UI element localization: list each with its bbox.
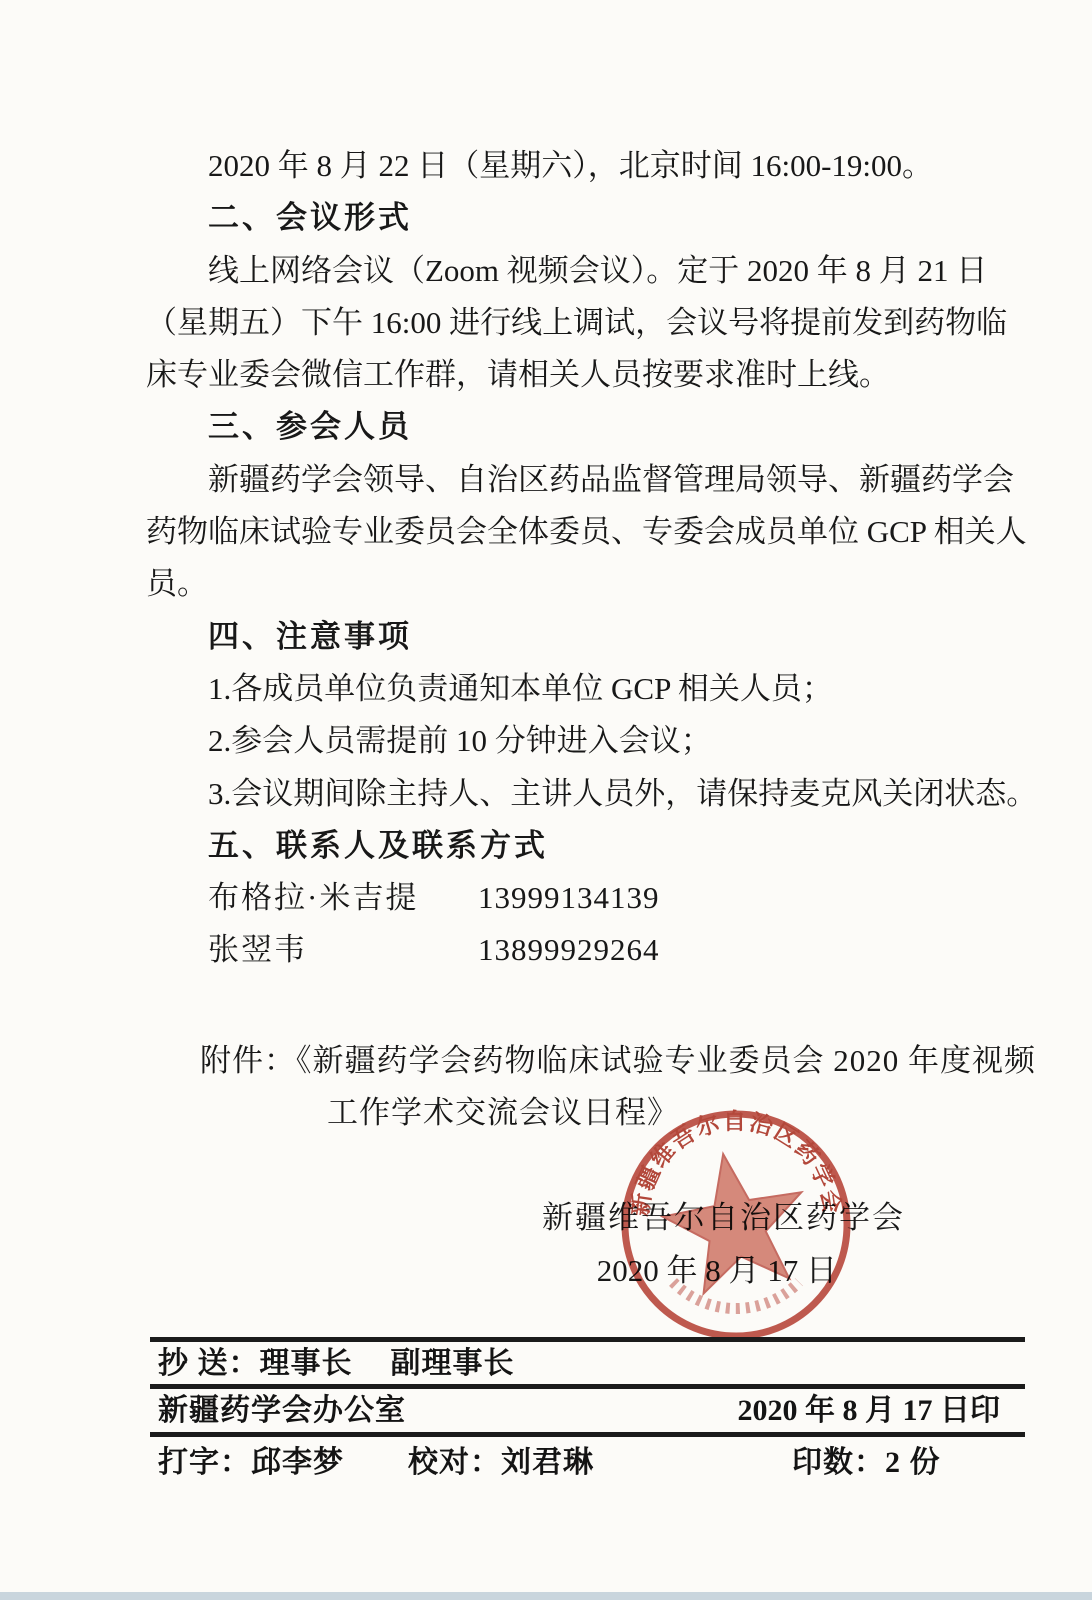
section-heading: 二、会议形式 bbox=[146, 192, 1004, 244]
copies-label: 印数： bbox=[792, 1446, 885, 1479]
spacer bbox=[146, 1139, 1004, 1192]
body-line: 员。 bbox=[146, 558, 1004, 610]
proofreader-label: 校对： bbox=[408, 1446, 501, 1479]
copies-value: 2 份 bbox=[885, 1446, 941, 1479]
contact-phone: 13899929264 bbox=[478, 932, 660, 967]
cc-value-2: 副理事长 bbox=[391, 1347, 515, 1380]
body-line: 3.会议期间除主持人、主讲人员外，请保持麦克风关闭状态。 bbox=[146, 768, 1004, 820]
contact-row: 布格拉·米吉提13999134139 bbox=[146, 872, 1004, 924]
body-line: 药物临床试验专业委员会全体委员、专委会成员单位 GCP 相关人 bbox=[146, 506, 1004, 558]
cc-row: 抄 送：理事长副理事长 bbox=[150, 1342, 1025, 1384]
issuing-office: 新疆药学会办公室 bbox=[150, 1389, 406, 1432]
attachment-line-2: 工作学术交流会议日程》 bbox=[146, 1087, 1004, 1139]
office-row: 新疆药学会办公室 2020 年 8 月 17 日印 bbox=[150, 1389, 1025, 1432]
contact-name: 布格拉·米吉提 bbox=[146, 872, 478, 924]
body-lines: 2020 年 8 月 22 日（星期六），北京时间 16:00-19:00。二、… bbox=[146, 140, 1004, 977]
contact-name: 张翌韦 bbox=[146, 924, 478, 976]
contact-phone: 13999134139 bbox=[478, 880, 660, 915]
body-line: 新疆药学会领导、自治区药品监督管理局领导、新疆药学会 bbox=[146, 454, 1004, 506]
colophon: 抄 送：理事长副理事长 新疆药学会办公室 2020 年 8 月 17 日印 打字… bbox=[150, 1337, 1025, 1487]
attachment-line-1: 附件：《新疆药学会药物临床试验专业委员会 2020 年度视频 bbox=[146, 1035, 1004, 1087]
document-body: 2020 年 8 月 22 日（星期六），北京时间 16:00-19:00。二、… bbox=[146, 140, 1004, 1297]
signature-organization: 新疆维吾尔自治区药学会 bbox=[146, 1192, 1004, 1244]
proofreader-name: 刘君琳 bbox=[501, 1446, 594, 1479]
typist-name: 邱李梦 bbox=[251, 1446, 344, 1479]
scan-edge-artifact bbox=[0, 1592, 1092, 1600]
cc-label: 抄 送： bbox=[158, 1347, 260, 1380]
section-heading: 三、参会人员 bbox=[146, 401, 1004, 453]
document-page: 2020 年 8 月 22 日（星期六），北京时间 16:00-19:00。二、… bbox=[0, 0, 1092, 1600]
signature-date: 2020 年 8 月 17 日 bbox=[146, 1245, 1004, 1297]
contact-row: 张翌韦13899929264 bbox=[146, 924, 1004, 976]
body-line: （星期五）下午 16:00 进行线上调试，会议号将提前发到药物临 bbox=[146, 297, 1004, 349]
section-heading: 四、注意事项 bbox=[146, 611, 1004, 663]
body-line: 2.参会人员需提前 10 分钟进入会议； bbox=[146, 715, 1004, 767]
section-heading: 五、联系人及联系方式 bbox=[146, 820, 1004, 872]
typist-row: 打字：邱李梦校对：刘君琳 印数：2 份 bbox=[150, 1437, 1025, 1487]
body-line: 线上网络会议（Zoom 视频会议）。定于 2020 年 8 月 21 日 bbox=[146, 245, 1004, 297]
print-date: 2020 年 8 月 17 日印 bbox=[738, 1389, 1026, 1432]
body-line: 1.各成员单位负责通知本单位 GCP 相关人员； bbox=[146, 663, 1004, 715]
body-line: 床专业委会微信工作群，请相关人员按要求准时上线。 bbox=[146, 349, 1004, 401]
cc-value-1: 理事长 bbox=[260, 1347, 353, 1380]
spacer bbox=[146, 977, 1004, 1035]
copies-count: 印数：2 份 bbox=[792, 1437, 941, 1489]
body-line: 2020 年 8 月 22 日（星期六），北京时间 16:00-19:00。 bbox=[146, 140, 1004, 192]
typist-label: 打字： bbox=[158, 1446, 251, 1479]
